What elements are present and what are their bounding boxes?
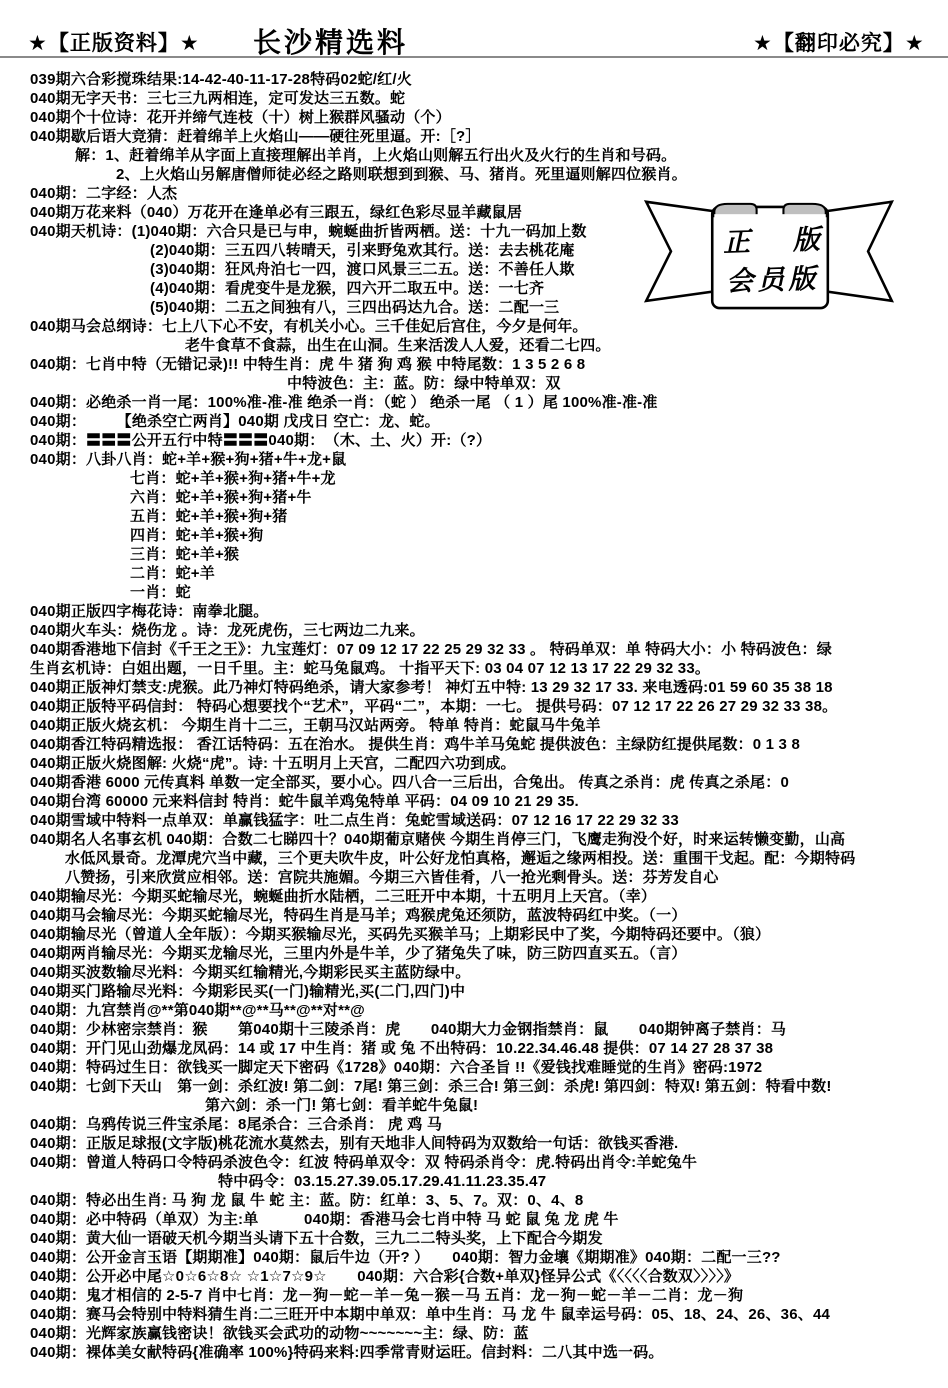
doc-line: 2、上火焰山另解唐僧师徒必经之路则联想到到猴、马、猪肖。死里逼则解四位猴肖。 bbox=[30, 165, 948, 184]
doc-line: 040期马会输尽光：今期买蛇输尽光，特码生肖是马羊；鸡猴虎兔还须防，蓝波特码红中… bbox=[30, 906, 948, 925]
doc-line: 040期：开门见山劲爆龙凤码：14 或 17 中生肖：猪 或 兔 不出特码：10… bbox=[30, 1039, 948, 1058]
doc-line: 039期六合彩搅珠结果:14-42-40-11-17-28特码02蛇/红/火 bbox=[30, 70, 948, 89]
header-divider bbox=[0, 56, 948, 58]
doc-line: 一肖：蛇 bbox=[30, 583, 948, 602]
doc-line: 040期：特码过生日：欲钱买一脚定天下密码《1728》040期：六合圣旨 !!《… bbox=[30, 1058, 948, 1077]
page-title: 长沙精选料 bbox=[253, 21, 408, 61]
doc-line: 第六剑：杀一门! 第七剑：看羊蛇牛兔鼠! bbox=[30, 1096, 948, 1115]
doc-line: 特中码令：03.15.27.39.05.17.29.41.11.23.35.47 bbox=[30, 1172, 948, 1191]
doc-line: 040期：九宫禁肖@**第040期**@**马**@**对**@ bbox=[30, 1001, 948, 1020]
doc-line: 八赞扬，引来欣赏应相邻。送：宫院共施媚。今期三六皆佳肴，八一抢光剩骨头。送：芬芳… bbox=[30, 868, 948, 887]
doc-line: 040期：赛马会特别中特料猜生肖:二三旺开中本期中单双：单中生肖：马 龙 牛 鼠… bbox=[30, 1305, 948, 1324]
member-edition-ribbon: 正 版 会员版 bbox=[640, 196, 898, 318]
ribbon-line1: 正 版 bbox=[704, 217, 838, 261]
doc-line: 二肖：蛇+羊 bbox=[30, 564, 948, 583]
doc-line: 040期买波数输尽光料：今期买红输精光,今期彩民买主蓝防绿中。 bbox=[30, 963, 948, 982]
doc-line: 040期香港地下信封《千王之王》：九宝莲灯：07 09 12 17 22 25 … bbox=[30, 640, 948, 659]
doc-line: 生肖玄机诗：白姐出题，一日千里。主：蛇马兔鼠鸡。 十指平天下: 03 04 07… bbox=[30, 659, 948, 678]
document-page: ★【正版资料】★ 长沙精选料 ★【翻印必究】★ 039期六合彩搅珠结果:14-4… bbox=[0, 0, 948, 1388]
doc-line: 040期个十位诗：花开并缔气连枝（十）树上猴群风骚动（个） bbox=[30, 108, 948, 127]
doc-line: 水低风景奇。龙潭虎穴当中藏，三个更夫吹牛皮，叶公好龙怕真格，邂逅之缘两相投。送：… bbox=[30, 849, 948, 868]
ribbon-text: 正 版 会员版 bbox=[716, 208, 827, 308]
doc-line: 040期无字天书：三七三九两相连，定可发达三五数。蛇 bbox=[30, 89, 948, 108]
doc-line: 040期：公开必中尾☆0☆6☆8☆ ☆1☆7☆9☆ 040期：六合彩{合数+单双… bbox=[30, 1267, 948, 1286]
doc-line: 老牛食草不食蒜，出生在山洞。生来活泼人人爱，还看二七四。 bbox=[30, 336, 948, 355]
doc-line: 040期香江特码精选报： 香江话特码：五在治水。 提供生肖：鸡牛羊马兔蛇 提供波… bbox=[30, 735, 948, 754]
doc-line: 040期：必绝杀一肖一尾：100%准-准-准 绝杀一肖：（蛇 ） 绝杀一尾 （ … bbox=[30, 393, 948, 412]
doc-line: 040期：〓〓〓公开五行中特〓〓〓040期： （木、土、火）开:（?） bbox=[30, 431, 948, 450]
doc-line: 040期火车头：烧伤龙 。诗：龙死虎伤，三七两边二九来。 bbox=[30, 621, 948, 640]
doc-line: 040期：公开金言玉语【期期准】040期：鼠后牛边（开? ） 040期：智力金壤… bbox=[30, 1248, 948, 1267]
doc-line: 040期：黄大仙一语破天机今期当头请下五十合数，三九二二特头奖，上下配合今期发 bbox=[30, 1229, 948, 1248]
doc-line: 五肖：蛇+羊+猴+狗+猪 bbox=[30, 507, 948, 526]
doc-line: 040期正版特平码信封： 特码心想要找个“艺术”，平码“二”，本期：一七。 提供… bbox=[30, 697, 948, 716]
doc-line: 040期正版火烧图解: 火烧“虎”。诗: 十五明月上天宫，二配四六功到成。 bbox=[30, 754, 948, 773]
doc-line: 040期马会总纲诗：七上八下心不安，有机关小心。三千佳妃后宫住，今夕是何年。 bbox=[30, 317, 948, 336]
doc-line: 040期：七肖中特（无错记录)!! 中特生肖：虎 牛 猪 狗 鸡 猴 中特尾数：… bbox=[30, 355, 948, 374]
doc-line: 040期雪域中特料一点单双：单赢钱猛字：吐二点生肖：兔蛇雪域送码：07 12 1… bbox=[30, 811, 948, 830]
doc-line: 040期正版火烧玄机： 今期生肖十二三，王朝马汉站两旁。 特单 特肖：蛇鼠马牛兔… bbox=[30, 716, 948, 735]
doc-line: 040期：正版足球报(文字版)桃花流水莫然去，别有天地非人间特码为双数给一句话：… bbox=[30, 1134, 948, 1153]
doc-line: 三肖：蛇+羊+猴 bbox=[30, 545, 948, 564]
doc-line: 040期：八卦八肖：蛇+羊+猴+狗+猪+牛+龙+鼠 bbox=[30, 450, 948, 469]
doc-line: 040期：裸体美女献特码{准确率 100%}特码来料:四季常青财运旺。信封料：二… bbox=[30, 1343, 948, 1362]
doc-line: 七肖：蛇+羊+猴+狗+猪+牛+龙 bbox=[30, 469, 948, 488]
doc-line: 040期：七剑下天山 第一剑：杀红波! 第二剑：7尾! 第三剑：杀三合! 第三剑… bbox=[30, 1077, 948, 1096]
doc-line: 040期台湾 60000 元来料信封 特肖：蛇牛鼠羊鸡兔特单 平码：04 09 … bbox=[30, 792, 948, 811]
doc-line: 040期正版神灯禁支:虎猴。此乃神灯特码绝杀，请大家参考！ 神灯五中特: 13 … bbox=[30, 678, 948, 697]
doc-line: 040期名人名事玄机 040期：合数二七睇四十？040期葡京赌侠 今期生肖停三门… bbox=[30, 830, 948, 849]
header-right-badge: ★【翻印必究】★ bbox=[753, 27, 925, 57]
header-left-badge: ★【正版资料】★ bbox=[28, 27, 200, 57]
doc-line: 040期两肖输尽光：今期买龙输尽光，三里内外是牛羊，少了猪兔失了味，防三防四直买… bbox=[30, 944, 948, 963]
doc-line: 中特波色：主：蓝。防：绿中特单双：双 bbox=[30, 374, 948, 393]
doc-line: 040期： 【绝杀空亡两肖】040期 戊戌日 空亡：龙、蛇。 bbox=[30, 412, 948, 431]
doc-line: 040期：乌鸦传说三件宝杀尾：8尾杀合：三合杀肖： 虎 鸡 马 bbox=[30, 1115, 948, 1134]
doc-line: 040期正版四字梅花诗：南拳北腿。 bbox=[30, 602, 948, 621]
doc-line: 040期：少林密宗禁肖：猴 第040期十三陵杀肖：虎 040期大力金钢指禁肖：鼠… bbox=[30, 1020, 948, 1039]
doc-line: 040期买门路输尽光料：今期彩民买(一门)输精光,买(二门,四门)中 bbox=[30, 982, 948, 1001]
doc-line: 040期输尽光：今期买蛇输尽光，蜿蜒曲折水陆栖，二三旺开中本期，十五明月上天宫。… bbox=[30, 887, 948, 906]
doc-line: 040期：必中特码（单双）为主:单 040期：香港马会七肖中特 马 蛇 鼠 兔 … bbox=[30, 1210, 948, 1229]
doc-line: 040期香港 6000 元传真料 单数一定全部买，要小心。四八合一三后出，合兔出… bbox=[30, 773, 948, 792]
doc-line: 040期：鬼才相信的 2-5-7 肖中七肖：龙－狗－蛇－羊－兔－猴－马 五肖：龙… bbox=[30, 1286, 948, 1305]
doc-line: 040期：曾道人特码口令特码杀波色令：红波 特码单双令：双 特码杀肖令：虎.特码… bbox=[30, 1153, 948, 1172]
doc-line: 040期：特必出生肖: 马 狗 龙 鼠 牛 蛇 主：蓝。防：红单：3、5、7。双… bbox=[30, 1191, 948, 1210]
doc-line: 040期：光辉家族赢钱密诀！欲钱买会武功的动物~~~~~~~主：绿、防：蓝 bbox=[30, 1324, 948, 1343]
doc-line: 解：1、赶着绵羊从字面上直接理解出羊肖，上火焰山则解五行出火及火行的生肖和号码。 bbox=[30, 146, 948, 165]
ribbon-line2: 会员版 bbox=[726, 256, 820, 298]
doc-line: 040期输尽光（曾道人全年版）：今期买猴输尽光，买码先买猴羊马；上期彩民中了奖，… bbox=[30, 925, 948, 944]
doc-line: 040期歇后语大竞猜：赶着绵羊上火焰山——硬往死里逼。开:［?］ bbox=[30, 127, 948, 146]
doc-line: 六肖：蛇+羊+猴+狗+猪+牛 bbox=[30, 488, 948, 507]
doc-line: 四肖：蛇+羊+猴+狗 bbox=[30, 526, 948, 545]
